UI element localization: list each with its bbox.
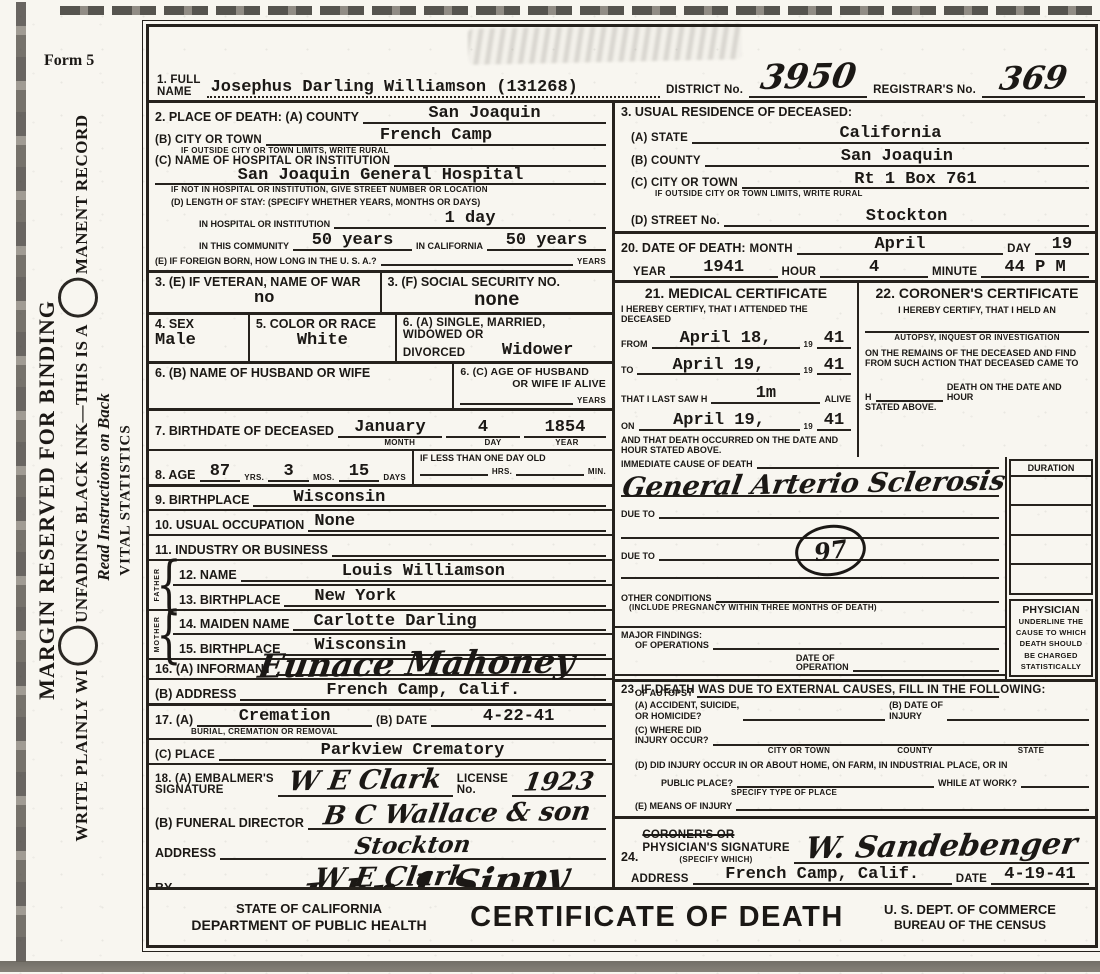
physician-box: PHYSICIAN UNDERLINE THE CAUSE TO WHICH D… (1009, 599, 1093, 677)
state-dept-block: STATE OF CALIFORNIA DEPARTMENT OF PUBLIC… (159, 901, 459, 935)
form-number-label: Form 5 (44, 52, 94, 70)
field-17ab-disposition: 17. (A) Cremation (B) DATE 4-22-41 BURIA… (149, 706, 612, 740)
field-6bc-row: 6. (B) NAME OF HUSBAND OR WIFE 6. (C) AG… (149, 364, 612, 411)
major-findings-row: MAJOR FINDINGS: OF OPERATIONS DATE OF OP… (615, 628, 1005, 676)
field-24-signature: 24. CORONER'S OR PHYSICIAN'S SIGNATURE (… (615, 819, 1095, 887)
certificate-of-death-title: CERTIFICATE OF DEATH (470, 901, 844, 933)
field-5-color-race: 5. COLOR OR RACE White (250, 315, 397, 361)
field-16b-informant-address: (B) ADDRESS French Camp, Calif. (149, 680, 612, 706)
field-1-full-name-row: 1. FULL NAME Josephus Darling Williamson… (149, 27, 1095, 103)
duration-cell (1011, 477, 1091, 507)
field-1-name-label: NAME (157, 86, 201, 98)
field-6a-marital: 6. (A) SINGLE, MARRIED, WIDOWED OR DIVOR… (397, 315, 612, 361)
field-6b-spouse-name: 6. (B) NAME OF HUSBAND OR WIFE (149, 364, 454, 408)
punch-hole-icon (58, 277, 98, 317)
immediate-cause-value: General Arterio Sclerosis (620, 468, 1007, 503)
field-8-age-row: 8. AGE 87 YRS. 3 MOS. 15 DAYS IF LESS TH… (149, 451, 612, 487)
field-4-sex: 4. SEX Male (149, 315, 250, 361)
duration-cell (1011, 506, 1091, 536)
field-14-mother-maiden-name: 14. MAIDEN NAME Carlotte Darling (173, 611, 612, 636)
immediate-cause-row: IMMEDIATE CAUSE OF DEATH General Arterio… (615, 457, 1005, 499)
field-9-birthplace: 9. BIRTHPLACE Wisconsin (149, 487, 612, 512)
length-of-stay-label: (D) LENGTH OF STAY: (SPECIFY WHETHER YEA… (171, 197, 606, 207)
duration-box: DURATION (1009, 459, 1093, 595)
field-12-father-name: 12. NAME Louis Williamson (173, 561, 612, 586)
field-20-date-of-death: 20. DATE OF DEATH: MONTH April DAY 19 YE… (615, 234, 1095, 283)
death-certificate-form: 1. FULL NAME Josephus Darling Williamson… (146, 24, 1098, 948)
field-456-row: 4. SEX Male 5. COLOR OR RACE White 6. (A… (149, 315, 612, 364)
physician-signature: W. Sandebenger (803, 828, 1079, 864)
field-11-industry: 11. INDUSTRY OR BUSINESS (149, 536, 612, 561)
scan-edge-left (16, 2, 26, 962)
father-group: FATHER { 12. NAME Louis Williamson 13. B… (149, 561, 612, 611)
rural-note: IF OUTSIDE CITY OR TOWN LIMITS, WRITE RU… (181, 146, 606, 155)
field-18a-embalmer: 18. (A) EMBALMER'S SIGNATURE W E Clark L… (149, 765, 612, 799)
field-3e-veteran: 3. (E) IF VETERAN, NAME OF WAR no (149, 273, 382, 312)
registrar-no-entry: 369 (982, 62, 1085, 98)
due-to-2-row: DUE TO 97 (615, 541, 1005, 581)
certificate-title-block: CERTIFICATE OF DEATH (459, 901, 855, 934)
field-21-medical-certificate: 21. MEDICAL CERTIFICATE I HEREBY CERTIFY… (615, 283, 859, 457)
registrar-no-label: REGISTRAR'S No. (873, 84, 976, 96)
full-name-entry: Josephus Darling Williamson (131268) (207, 79, 660, 98)
margin-ink-seg3: MANENT RECORD (72, 114, 91, 274)
form-footer: STATE OF CALIFORNIA DEPARTMENT OF PUBLIC… (149, 887, 1095, 945)
scan-edge-top (60, 6, 1100, 15)
field-2-place-of-death: 2. PLACE OF DEATH: (A) COUNTY San Joaqui… (149, 103, 612, 273)
field-10-occupation: 10. USUAL OCCUPATION None (149, 511, 612, 536)
other-conditions-row: OTHER CONDITIONS (INCLUDE PREGNANCY WITH… (615, 581, 1005, 628)
field-23-external-causes: 23. IF DEATH WAS DUE TO EXTERNAL CAUSES,… (615, 682, 1095, 818)
field-6c-spouse-age: 6. (C) AGE OF HUSBAND OR WIFE IF ALIVE Y… (454, 364, 612, 408)
margin-ink-seg1: WRITE PLAINLY WI (72, 669, 91, 842)
margin-binding-text: MARGIN RESERVED FOR BINDING (34, 300, 60, 700)
field-16a-informant: 16. (A) INFORMANT Eunace Mahoney (149, 660, 612, 680)
margin-ink-seg2: UNFADING BLACK INK—THIS IS A (72, 325, 91, 623)
field-18b-funeral-director: (B) FUNERAL DIRECTOR B C Wallace & son (149, 799, 612, 832)
scan-edge-bottom (0, 961, 1100, 972)
left-column: 2. PLACE OF DEATH: (A) COUNTY San Joaqui… (149, 103, 615, 887)
field-8-less-than-day: IF LESS THAN ONE DAY OLD HRS. MIN. (412, 451, 612, 484)
field-17c-place: (C) PLACE Parkview Crematory (149, 740, 612, 765)
punch-hole-icon (58, 626, 98, 666)
right-column: 3. USUAL RESIDENCE OF DECEASED: (A) STAT… (615, 103, 1095, 887)
field-7-birthdate: 7. BIRTHDATE OF DECEASED January 4 1854 … (149, 411, 612, 451)
margin-instructions-text: Read Instructions on Back (94, 393, 114, 581)
field-13-father-birthplace: 13. BIRTHPLACE New York (173, 586, 612, 609)
district-no-entry: 3950 (749, 60, 867, 98)
field-22-coroner-certificate: 22. CORONER'S CERTIFICATE I HEREBY CERTI… (859, 283, 1095, 457)
field-8-age: 8. AGE 87 YRS. 3 MOS. 15 DAYS (149, 451, 412, 484)
field-3-usual-residence: 3. USUAL RESIDENCE OF DECEASED: (A) STAT… (615, 103, 1095, 234)
duration-physician-sidebar: DURATION PHYSICIAN UNDERLINE THE CAUSE T… (1005, 457, 1095, 679)
duration-cell (1011, 565, 1091, 593)
field-3f-ssn: 3. (F) SOCIAL SECURITY NO. none (382, 273, 613, 312)
census-block: U. S. DEPT. OF COMMERCE BUREAU OF THE CE… (855, 902, 1085, 933)
residence-rural-note: IF OUTSIDE CITY OR TOWN LIMITS, WRITE RU… (655, 189, 1089, 198)
margin-ink-text: WRITE PLAINLY WIUNFADING BLACK INK—THIS … (58, 114, 98, 841)
margin-vital-statistics: VITAL STATISTICS (118, 424, 135, 575)
cause-of-death-block: IMMEDIATE CAUSE OF DEATH General Arterio… (615, 457, 1095, 682)
district-no-label: DISTRICT No. (666, 84, 743, 96)
hospital-note: IF NOT IN HOSPITAL OR INSTITUTION, GIVE … (171, 185, 606, 194)
field-3ef-row: 3. (E) IF VETERAN, NAME OF WAR no 3. (F)… (149, 273, 612, 315)
certificates-row: 21. MEDICAL CERTIFICATE I HEREBY CERTIFY… (615, 283, 1095, 457)
duration-cell (1011, 536, 1091, 566)
disposition-note: BURIAL, CREMATION OR REMOVAL (191, 727, 606, 736)
field-1-number-label: 1. FULL (157, 74, 201, 86)
